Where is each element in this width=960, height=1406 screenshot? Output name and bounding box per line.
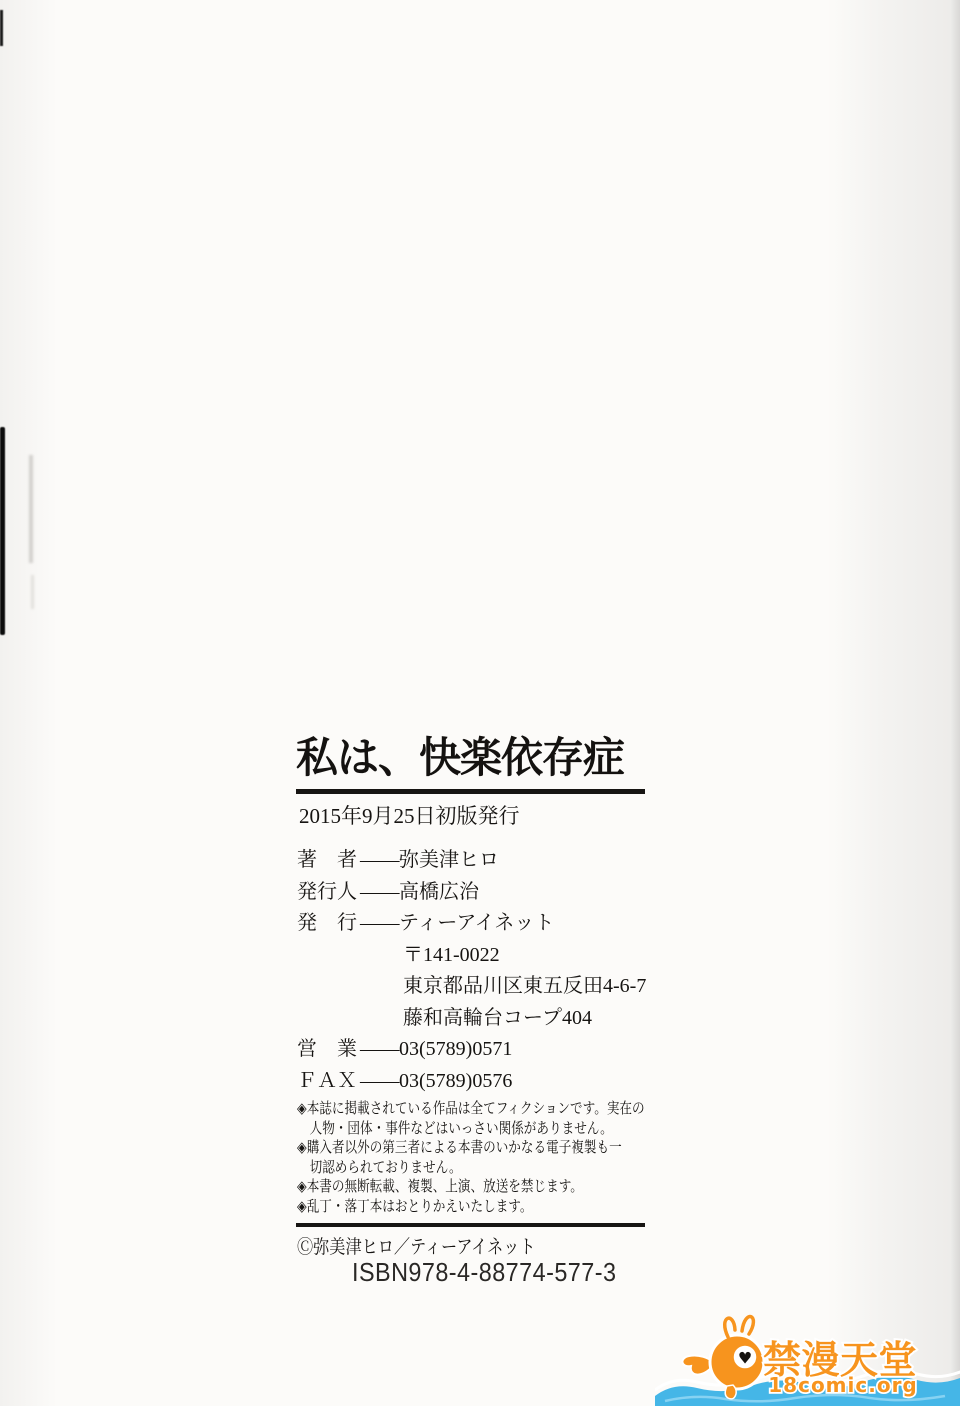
credit-value: 弥美津ヒロ — [399, 849, 499, 871]
notice-line: ◈本誌に掲載されている作品は全てフィクションです。実在の — [297, 1100, 658, 1120]
watermark: ♥ 禁漫天堂 18comic.org — [655, 1300, 960, 1406]
credit-label: 発行人 — [297, 877, 360, 909]
notice-line: ◈乱丁・落丁本はおとりかえいたします。 — [297, 1198, 658, 1218]
contact-row: ＦＡＸ——03(5789)0576 — [297, 1066, 697, 1098]
book-title: 私は、快楽依存症 — [296, 725, 648, 785]
colophon-page: 私は、快楽依存症 2015年9月25日初版発行 著 者——弥美津ヒロ 発行人——… — [0, 0, 960, 1406]
publisher-address: 東京都品川区東五反田4-6-7 — [297, 971, 697, 1003]
credit-dash: —— — [360, 849, 399, 871]
contact-dash: —— — [360, 1070, 399, 1092]
copyright-line: Ⓒ弥美津ヒロ／ティーアイネット — [297, 1232, 536, 1259]
notice-line: ◈本書の無断転載、複製、上演、放送を禁じます。 — [297, 1178, 658, 1198]
contact-value: 03(5789)0571 — [399, 1038, 512, 1060]
credit-row: 発行人——高橋広治 — [297, 877, 697, 909]
isbn: ISBN978-4-88774-577-3 — [352, 1257, 616, 1288]
scan-artifact — [0, 10, 3, 46]
whale-drip — [725, 1385, 736, 1399]
publisher-address: 藤和高輪台コープ404 — [297, 1003, 697, 1035]
credit-label: 発 行 — [297, 908, 360, 940]
notice-line: ◈購入者以外の第三者による本書のいかなる電子複製も一 — [297, 1139, 658, 1159]
scan-artifact — [29, 455, 33, 563]
credit-label: 著 者 — [297, 845, 360, 877]
credit-row: 著 者——弥美津ヒロ — [297, 845, 697, 877]
credit-dash: —— — [360, 881, 399, 903]
contact-label: ＦＡＸ — [297, 1066, 360, 1098]
publication-block: 著 者——弥美津ヒロ 発行人——高橋広治 発 行——ティーアイネット 〒141-… — [297, 845, 697, 1097]
contact-row: 営 業——03(5789)0571 — [297, 1034, 697, 1066]
title-divider-rule — [296, 789, 645, 794]
publisher-postal-code: 〒141-0022 — [297, 940, 697, 972]
scan-artifact — [0, 427, 5, 635]
watermark-site-url: 18comic.org — [768, 1373, 918, 1397]
credit-value: 高橋広治 — [399, 881, 479, 903]
credit-value: ティーアイネット — [399, 912, 554, 934]
credit-dash: —— — [360, 912, 399, 934]
edition-date: 2015年9月25日初版発行 — [299, 800, 520, 830]
whale-tail — [682, 1355, 713, 1374]
legal-notices: ◈本誌に掲載されている作品は全てフィクションです。実在の 人物・団体・事件などは… — [297, 1100, 658, 1218]
notice-line: 切認められておりません。 — [297, 1159, 658, 1179]
notice-line: 人物・団体・事件などはいっさい関係がありません。 — [297, 1120, 658, 1140]
contact-dash: —— — [360, 1038, 399, 1060]
contact-label: 営 業 — [297, 1034, 360, 1066]
scan-artifact — [31, 575, 34, 609]
bottom-divider-rule — [296, 1223, 645, 1227]
contact-value: 03(5789)0576 — [399, 1070, 512, 1092]
credit-row: 発 行——ティーアイネット — [297, 908, 697, 940]
whale-heart-eye-icon: ♥ — [738, 1349, 752, 1368]
